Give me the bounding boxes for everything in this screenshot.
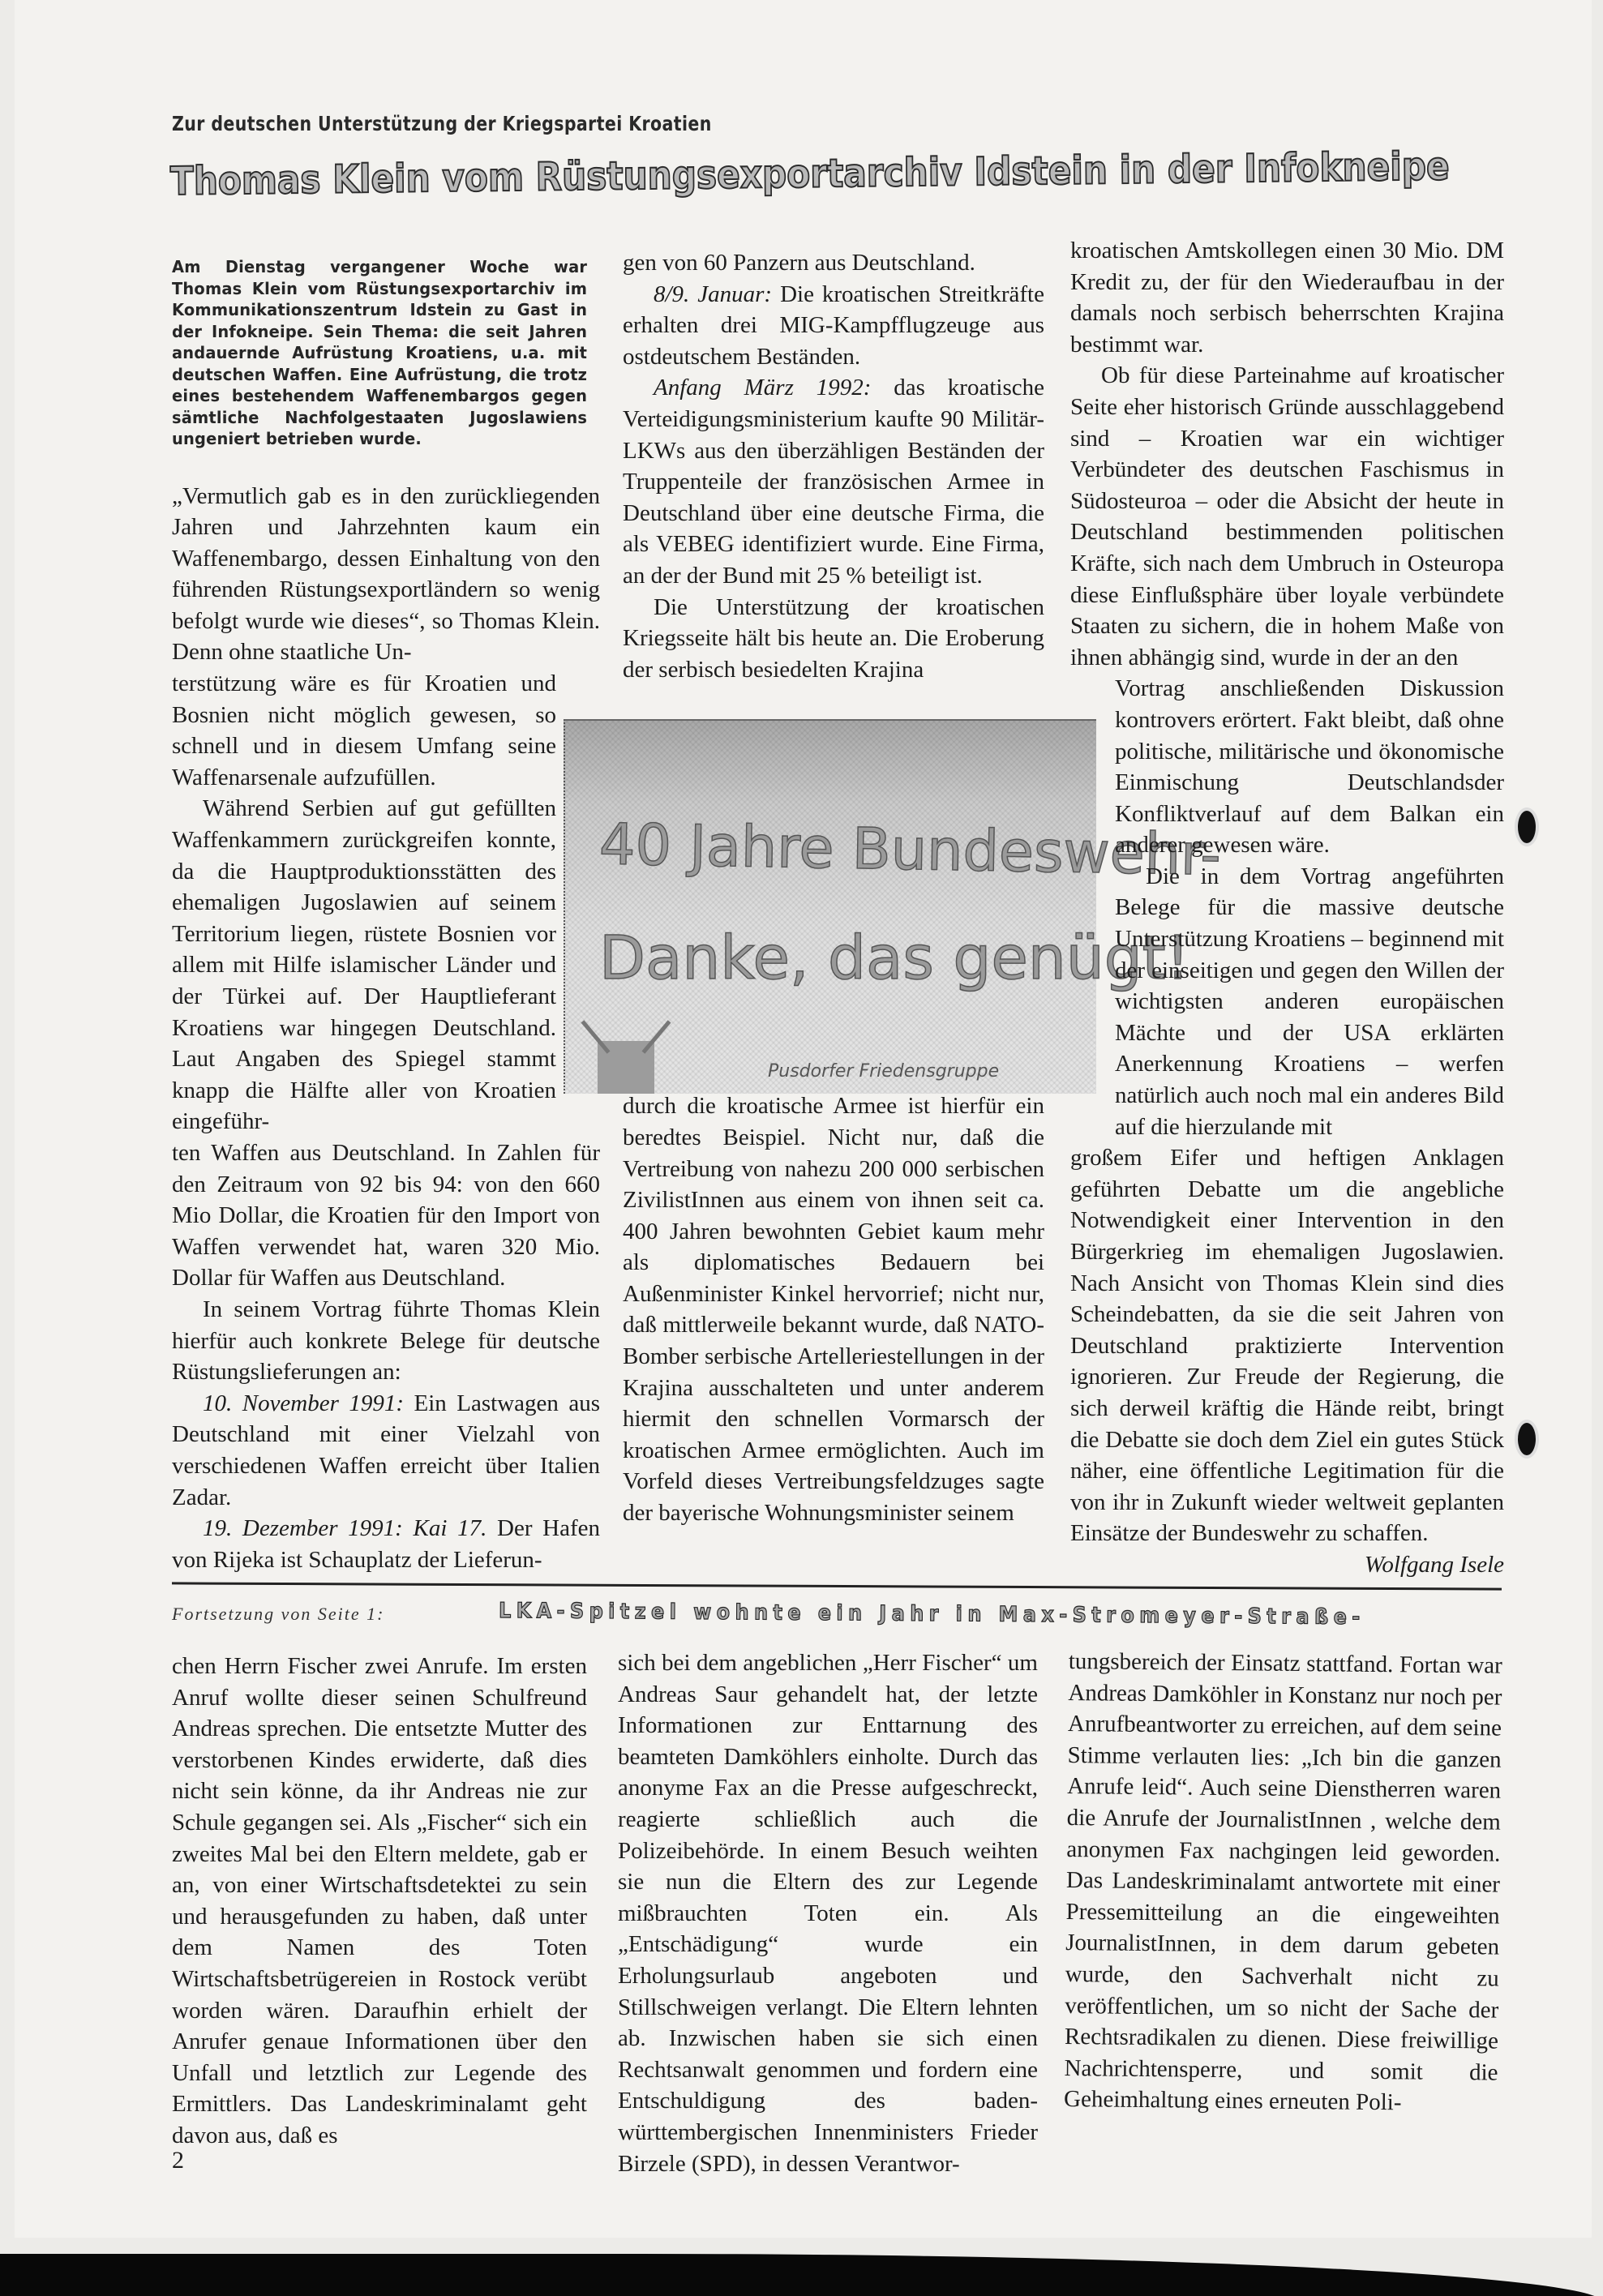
paragraph: ten Waffen aus Deutschland. In Zahlen fü… (172, 1137, 600, 1294)
paragraph: In seinem Vortrag führte Thomas Klein hi… (172, 1294, 600, 1388)
article-column-1: Am Dienstag vergangener Woche war Thomas… (172, 256, 600, 1575)
date-label: 19. Dezember 1991: Kai 17. (203, 1515, 486, 1541)
paragraph: Die in dem Vortrag angeführten Belege fü… (1115, 861, 1504, 1142)
continuation-column-1: chen Herrn Fischer zwei Anrufe. Im erste… (172, 1651, 587, 2152)
article-lead: Am Dienstag vergangener Woche war Thomas… (172, 256, 587, 450)
paragraph: gen von 60 Panzern aus Deutschland. (623, 247, 1044, 279)
paragraph: Vortrag anschließenden Diskussion kontro… (1115, 673, 1504, 861)
continuation-column-3: tungsbereich der Einsatz stattfand. Fort… (1064, 1646, 1502, 2119)
date-label: Anfang März 1992: (654, 375, 871, 401)
paragraph: Die Unterstützung der kroatischen Kriegs… (623, 592, 1044, 686)
paragraph: 8/9. Januar: Die kroatischen Streitkräft… (623, 279, 1044, 373)
date-label: 8/9. Januar: (654, 281, 772, 307)
paragraph: „Vermutlich gab es in den zurückliegende… (172, 481, 600, 669)
paragraph: großem Eifer und heftigen Anklagen gefüh… (1070, 1142, 1504, 1549)
paragraph: 19. Dezember 1991: Kai 17. Der Hafen von… (172, 1513, 600, 1575)
paragraph: kroatischen Amtskollegen einen 30 Mio. D… (1070, 235, 1504, 360)
paragraph: Anfang März 1992: das kroatische Verteid… (623, 372, 1044, 591)
paragraph: sich bei dem angeblichen „Herr Fischer“ … (618, 1647, 1038, 2179)
author-byline: Wolfgang Isele (1070, 1549, 1504, 1581)
article-column-3: kroatischen Amtskollegen einen 30 Mio. D… (1070, 235, 1504, 1581)
protest-sign-photo: 40 Jahre Bundeswehr- Danke, das genügt! … (564, 719, 1096, 1094)
sign-signature: Pusdorfer Friedensgruppe (768, 1061, 999, 1082)
continuation-label: Fortsetzung von Seite 1: (172, 1604, 384, 1625)
broken-rifle-icon (598, 1041, 654, 1094)
paragraph-text: das kroatische Verteidigungsministerium … (623, 375, 1044, 589)
page-number: 2 (172, 2147, 184, 2174)
paragraph: chen Herrn Fischer zwei Anrufe. Im erste… (172, 1651, 587, 2152)
paragraph: 10. November 1991: Ein Lastwagen aus Deu… (172, 1388, 600, 1513)
article-kicker: Zur deutschen Unterstützung der Kriegspa… (172, 112, 712, 135)
date-label: 10. November 1991: (203, 1390, 404, 1416)
paragraph: Ob für diese Parteinahme auf kroatischer… (1070, 360, 1504, 673)
paragraph: durch die kroatische Armee ist hierfür e… (623, 1090, 1044, 1528)
punch-hole-mark (1518, 1423, 1536, 1455)
punch-hole-mark (1518, 811, 1536, 843)
scan-edge-shadow (0, 2254, 1603, 2296)
paragraph: tungsbereich der Einsatz stattfand. Fort… (1064, 1646, 1502, 2119)
paragraph: Während Serbien auf gut gefüllten Waffen… (172, 793, 556, 1137)
continuation-column-2: sich bei dem angeblichen „Herr Fischer“ … (618, 1647, 1038, 2179)
paragraph: terstützung wäre es für Kroatien und Bos… (172, 668, 556, 793)
